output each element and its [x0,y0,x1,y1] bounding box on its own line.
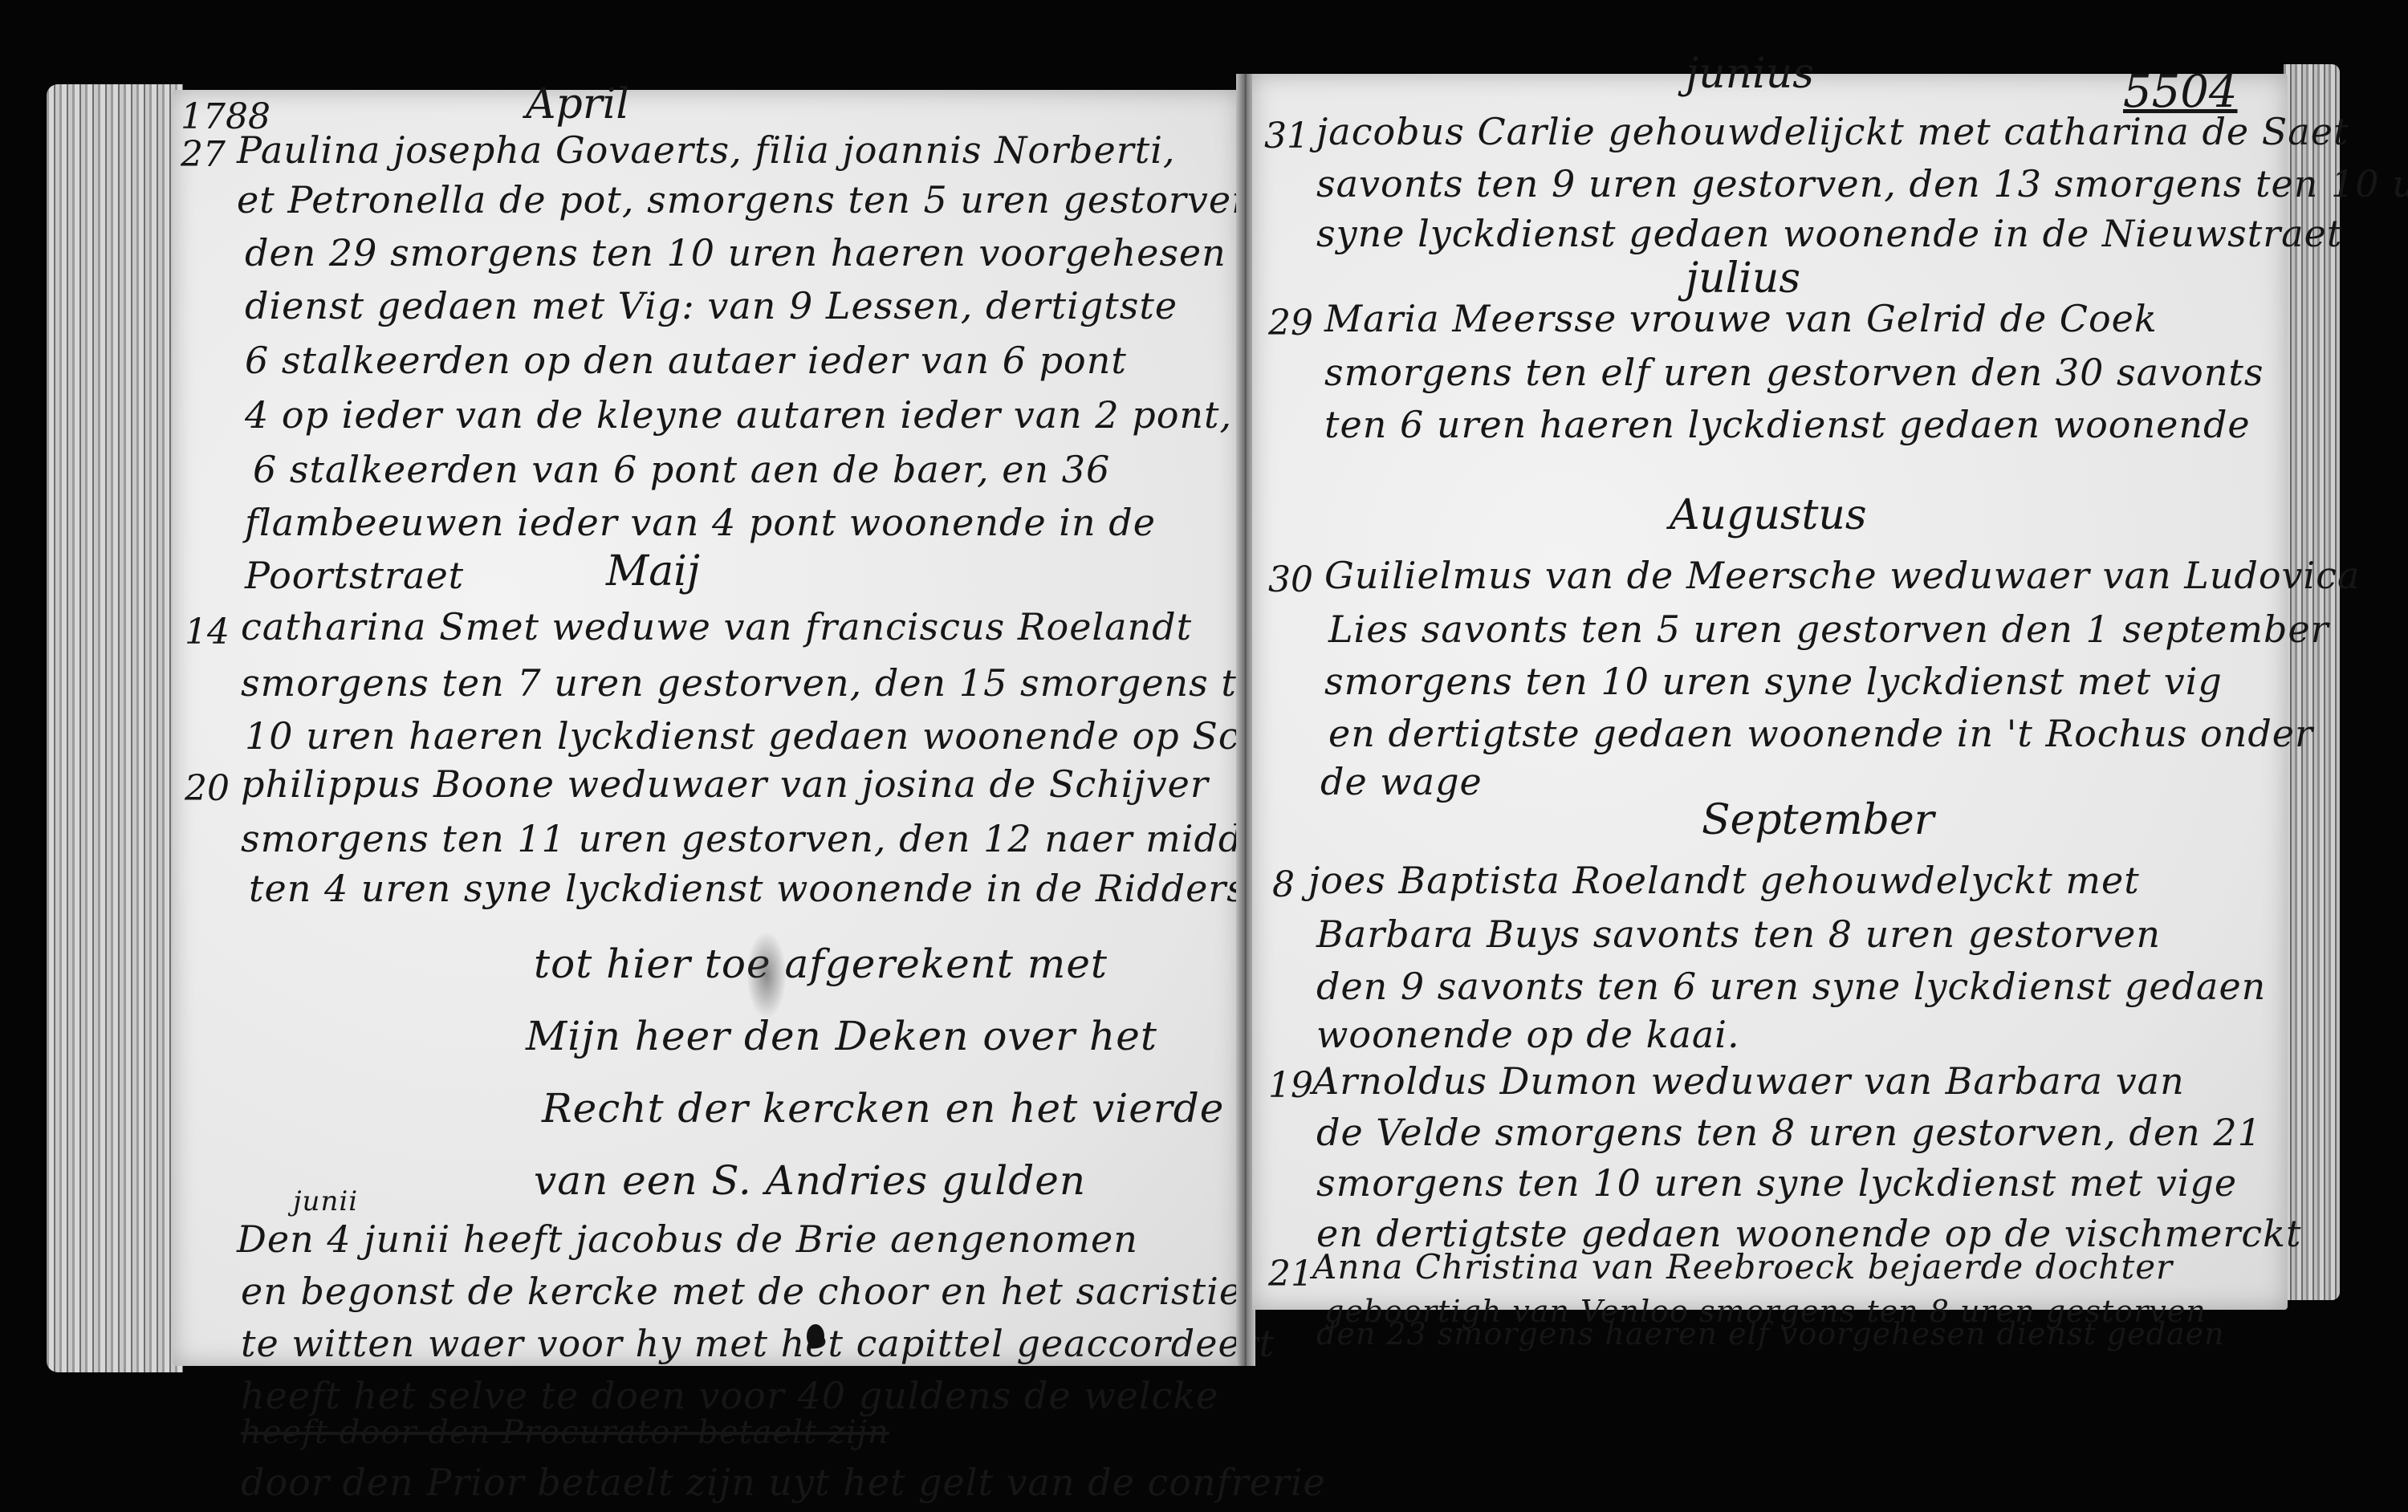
entry-line: smorgens ten 10 uren syne lyckdienst met… [1316,1161,2237,1205]
entry-line: den 9 savonts ten 6 uren syne lyckdienst… [1316,965,2266,1008]
entry-date: 14 [185,612,230,652]
entry-date: 31 [1264,116,1309,156]
entry-line: en begonst de kercke met de choor en het… [241,1270,1242,1313]
entry-line: Maria Meersse vrouwe van Gelrid de Coek [1324,297,2158,340]
entry-line: dienst gedaen met Vig: van 9 Lessen, der… [245,284,1178,327]
entry-line: Poortstraet [245,554,464,597]
entry-line: joes Baptista Roelandt gehouwdelyckt met [1308,859,2140,902]
entry-line: Den 4 junii heeft jacobus de Brie aengen… [237,1217,1138,1261]
entry-line: flambeeuwen ieder van 4 pont woonende in… [245,501,1156,544]
entry-line: catharina Smet weduwe van franciscus Roe… [241,605,1192,648]
entry-line: door den Prior betaelt zijn uyt het gelt… [241,1461,1326,1504]
entry-line: smorgens ten elf uren gestorven den 30 s… [1324,351,2264,394]
entry-date: 21 [1268,1254,1313,1295]
ink-smudge [746,931,787,1019]
entry-line: 6 stalkeerden van 6 pont aen de baer, en… [253,448,1110,491]
month-heading-september: September [1702,796,1934,844]
entry-line: de wage [1320,760,1483,803]
entry-line: Guilielmus van de Meersche weduwaer van … [1324,554,2360,597]
entry-date: 8 [1272,864,1295,905]
month-heading-july: julius [1686,254,1800,303]
entry-line: savonts ten 9 uren gestorven, den 13 smo… [1316,162,2408,205]
right-page: junius 5504 31 jacobus Carlie gehouwdeli… [1252,74,2288,1310]
entry-line: heeft het selve te doen voor 40 guldens … [241,1374,1218,1417]
entry-line: smorgens ten 7 uren gestorven, den 15 sm… [241,661,1284,705]
entry-date: 29 [1268,303,1313,343]
entry-line: de Velde smorgens ten 8 uren gestorven, … [1316,1111,2262,1154]
entry-line: jacobus Carlie gehouwdelijckt met cathar… [1316,110,2349,153]
month-heading-june: junius [1686,50,1814,98]
entry-line: 6 stalkeerden op den autaer ieder van 6 … [245,339,1127,382]
struck-line: heeft door den Procurator betaelt zijn [241,1414,889,1451]
note-line: tot hier toe afgerekent met [534,941,1108,987]
entry-line: Anna Christina van Reebroeck bejaerde do… [1312,1247,2173,1286]
entry-line: syne lyckdienst gedaen woonende in de Ni… [1316,212,2342,255]
book-page-stack-left [47,84,183,1372]
entry-line: ten 6 uren haeren lyckdienst gedaen woon… [1324,403,2251,446]
entry-line: woonende op de kaai. [1316,1013,1740,1056]
entry-line: en dertigtste gedaen woonende in 't Roch… [1328,712,2313,755]
note-line: van een S. Andries gulden [534,1157,1086,1204]
entry-line: den 29 smorgens ten 10 uren haeren voorg… [245,231,1226,274]
entry-line: Arnoldus Dumon weduwaer van Barbara van [1312,1059,2185,1103]
entry-line: philippus Boone weduwaer van josina de S… [241,762,1209,806]
entry-line: ten 4 uren syne lyckdienst woonende in d… [249,867,1354,910]
entry-line: Lies savonts ten 5 uren gestorven den 1 … [1328,608,2329,651]
entry-date: 27 [181,134,226,175]
entry-line: te witten waer voor hy met het capittel … [241,1322,1275,1365]
month-heading-august: Augustus [1670,491,1867,539]
inserted-month: junii [293,1185,358,1217]
entry-line: Paulina josepha Govaerts, filia joannis … [237,128,1176,172]
entry-date: 19 [1268,1065,1313,1106]
left-page: 1788 April 27 Paulina josepha Govaerts, … [173,90,1240,1366]
entry-line: 4 op ieder van de kleyne autaren ieder v… [245,393,1232,437]
month-heading-april: April [526,80,629,128]
note-line: Mijn heer den Deken over het [526,1013,1157,1059]
entry-date: 30 [1268,559,1313,600]
entry-line: Barbara Buys savonts ten 8 uren gestorve… [1316,912,2161,956]
entry-line: et Petronella de pot, smorgens ten 5 ure… [237,178,1268,222]
ink-blot [807,1324,824,1348]
entry-line: smorgens ten 10 uren syne lyckdienst met… [1324,660,2223,703]
month-heading-may: Maij [606,547,700,595]
note-line: Recht der kercken en het vierde [542,1085,1224,1132]
entry-date: 20 [185,768,230,809]
entry-line: den 23 smorgens haeren elf voorgehesen d… [1316,1316,2225,1351]
entry-line: smorgens ten 11 uren gestorven, den 12 n… [241,817,1315,860]
